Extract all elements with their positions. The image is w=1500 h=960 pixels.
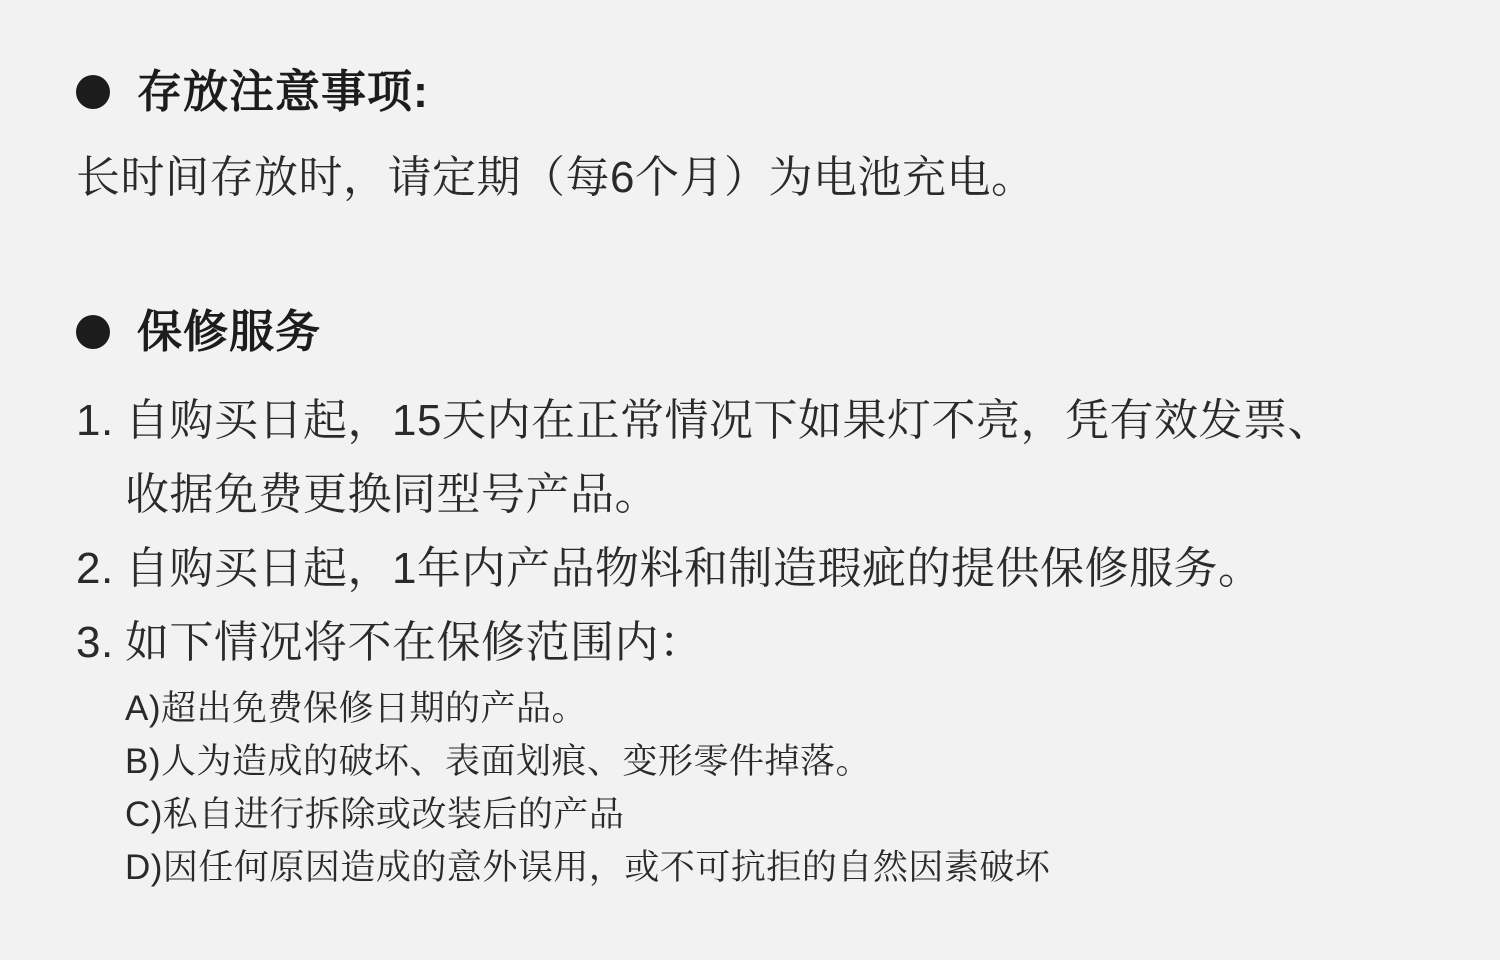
section-title-storage: 存放注意事项: <box>76 64 1430 120</box>
section-title-storage-text: 存放注意事项: <box>137 64 429 120</box>
list-item-line: 收据免费更换同型号产品。 <box>125 458 1430 532</box>
manual-page: 存放注意事项: 长时间存放时，请定期（每6个月）为电池充电。 保修服务 1. 自… <box>0 0 1500 960</box>
list-item-line: 如下情况将不在保修范围内： <box>125 606 1430 680</box>
bullet-icon <box>76 75 110 109</box>
list-item-number: 3. <box>76 606 125 680</box>
exclusion-sublist: A)超出免费保修日期的产品。 B)人为造成的破坏、表面划痕、变形零件掉落。 C)… <box>125 682 1430 900</box>
section-title-warranty-text: 保修服务 <box>137 304 321 360</box>
warranty-section: 保修服务 1. 自购买日起，15天内在正常情况下如果灯不亮，凭有效发票、 收据免… <box>76 304 1430 900</box>
list-item: 3. 如下情况将不在保修范围内： A)超出免费保修日期的产品。 B)人为造成的破… <box>76 606 1430 900</box>
list-item-number: 1. <box>76 384 125 458</box>
warranty-list: 1. 自购买日起，15天内在正常情况下如果灯不亮，凭有效发票、 收据免费更换同型… <box>76 384 1430 900</box>
list-item: 2. 自购买日起，1年内产品物料和制造瑕疵的提供保修服务。 <box>76 532 1430 606</box>
list-item-content: 自购买日起，1年内产品物料和制造瑕疵的提供保修服务。 <box>125 532 1430 606</box>
list-item-content: 如下情况将不在保修范围内： A)超出免费保修日期的产品。 B)人为造成的破坏、表… <box>125 606 1430 900</box>
sublist-item: D)因任何原因造成的意外误用，或不可抗拒的自然因素破坏 <box>125 841 1430 894</box>
bullet-icon <box>76 315 110 349</box>
sublist-item: B)人为造成的破坏、表面划痕、变形零件掉落。 <box>125 735 1430 788</box>
list-item-content: 自购买日起，15天内在正常情况下如果灯不亮，凭有效发票、 收据免费更换同型号产品… <box>125 384 1430 532</box>
storage-section: 存放注意事项: 长时间存放时，请定期（每6个月）为电池充电。 <box>76 64 1430 208</box>
list-item-number: 2. <box>76 532 125 606</box>
section-title-warranty: 保修服务 <box>76 304 1430 360</box>
list-item-line: 自购买日起，15天内在正常情况下如果灯不亮，凭有效发票、 <box>125 384 1430 458</box>
sublist-item: A)超出免费保修日期的产品。 <box>125 682 1430 735</box>
list-item-line: 自购买日起，1年内产品物料和制造瑕疵的提供保修服务。 <box>125 532 1430 606</box>
sublist-item: C)私自进行拆除或改装后的产品 <box>125 788 1430 841</box>
storage-note-text: 长时间存放时，请定期（每6个月）为电池充电。 <box>76 148 1430 208</box>
list-item: 1. 自购买日起，15天内在正常情况下如果灯不亮，凭有效发票、 收据免费更换同型… <box>76 384 1430 532</box>
